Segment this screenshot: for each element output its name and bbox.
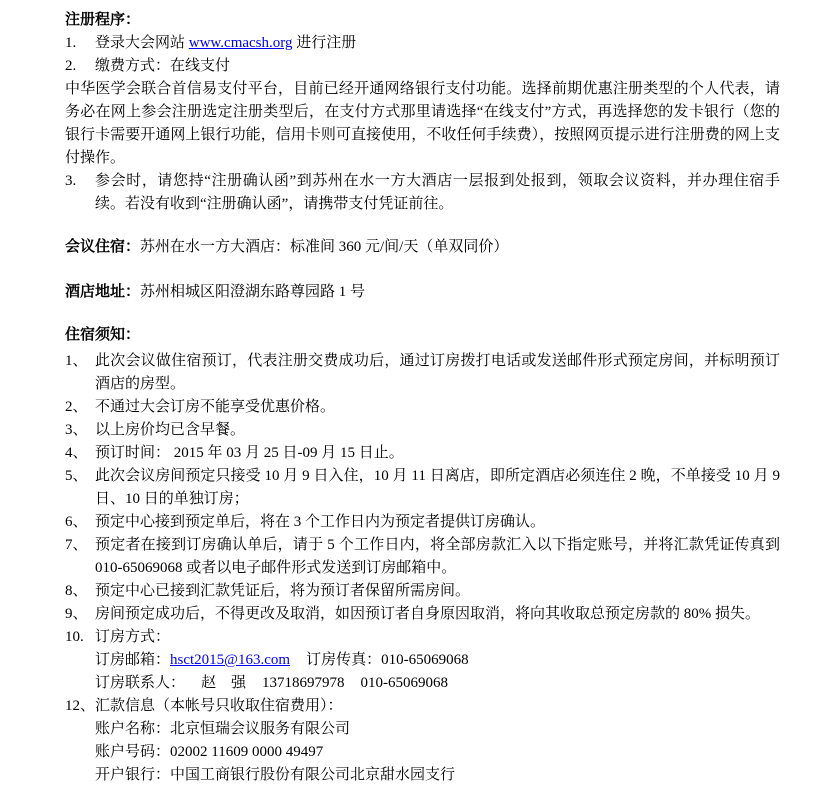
bank-label: 开户银行： — [95, 767, 170, 783]
item-number: 3. — [65, 170, 76, 193]
account-number-line: 账户号码：02002 11609 0000 49497 — [65, 741, 780, 764]
booking-fax-label: 订房传真： — [306, 652, 381, 668]
payment-paragraph: 中华医学会联合首信易支付平台，目前已经开通网络银行支付功能。选择前期优惠注册类型… — [65, 78, 780, 170]
item-number: 1. — [65, 32, 76, 55]
item-number: 3、 — [65, 419, 88, 442]
account-name-line: 账户名称：北京恒瑞会议服务有限公司 — [65, 718, 780, 741]
note-item-8: 8、 预定中心已接到汇款凭证后，将为预订者保留所需房间。 — [65, 580, 780, 603]
booking-email-line: 订房邮箱：hsct2015@163.com订房传真：010-65069068 — [65, 649, 780, 672]
item-number: 7、 — [65, 534, 88, 557]
registration-item-2: 2. 缴费方式：在线支付 — [65, 55, 780, 78]
note-item-2: 2、 不通过大会订房不能享受优惠价格。 — [65, 396, 780, 419]
hotel-address-value: 苏州相城区阳澄湖东路尊园路 1 号 — [140, 284, 365, 300]
account-name-label: 账户名称： — [95, 721, 170, 737]
accommodation-label: 会议住宿： — [65, 239, 140, 255]
bank-value: 中国工商银行股份有限公司北京甜水园支行 — [170, 767, 455, 783]
item-number: 2、 — [65, 396, 88, 419]
item-text-post: 进行注册 — [293, 35, 357, 51]
booking-fax-number: 010-65069068 — [381, 652, 469, 668]
registration-heading: 注册程序： — [65, 9, 780, 32]
note-item-9: 9、 房间预定成功后，不得更改及取消，如因预订者自身原因取消，将向其收取总预定房… — [65, 603, 780, 626]
item-number: 6、 — [65, 511, 88, 534]
booking-email-link[interactable]: hsct2015@163.com — [170, 652, 290, 668]
conference-website-link[interactable]: www.cmacsh.org — [189, 35, 293, 51]
bank-line: 开户银行：中国工商银行股份有限公司北京甜水园支行 — [65, 764, 780, 787]
item-text: 登录大会网站 www.cmacsh.org 进行注册 — [95, 35, 356, 51]
item-text: 以上房价均已含早餐。 — [95, 422, 245, 438]
item-number: 8、 — [65, 580, 88, 603]
item-text: 不通过大会订房不能享受优惠价格。 — [95, 399, 335, 415]
item-text: 房间预定成功后，不得更改及取消，如因预订者自身原因取消，将向其收取总预定房款的 … — [95, 606, 760, 622]
item-number: 9、 — [65, 603, 88, 626]
item-number: 4、 — [65, 442, 88, 465]
booking-contact-phone: 13718697978 — [262, 675, 345, 691]
item-text: 预定中心已接到汇款凭证后，将为预订者保留所需房间。 — [95, 583, 470, 599]
item-text-pre: 登录大会网站 — [95, 35, 189, 51]
booking-method-item: 10. 订房方式： — [65, 626, 780, 649]
hotel-address-line: 酒店地址：苏州相城区阳澄湖东路尊园路 1 号 — [65, 281, 780, 304]
item-text: 预订时间： 2015 年 03 月 25 日-09 月 15 日止。 — [95, 445, 404, 461]
item-number: 12、 — [65, 695, 95, 718]
booking-contact-label: 订房联系人： — [95, 675, 185, 691]
accommodation-line: 会议住宿：苏州在水一方大酒店：标准间 360 元/间/天（单双同价） — [65, 236, 780, 259]
note-item-5: 5、 此次会议房间预定只接受 10 月 9 日入住，10 月 11 日离店，即所… — [65, 465, 780, 511]
remittance-item: 12、 汇款信息（本帐号只收取住宿费用）： — [65, 695, 780, 718]
note-item-1: 1、 此次会议做住宿预订，代表注册交费成功后，通过订房拨打电话或发送邮件形式预定… — [65, 350, 780, 396]
note-item-3: 3、 以上房价均已含早餐。 — [65, 419, 780, 442]
item-text: 预定中心接到预定单后，将在 3 个工作日内为预定者提供订房确认。 — [95, 514, 545, 530]
hotel-address-label: 酒店地址： — [65, 284, 140, 300]
item-text: 缴费方式：在线支付 — [95, 58, 230, 74]
item-text: 此次会议房间预定只接受 10 月 9 日入住，10 月 11 日离店，即所定酒店… — [95, 468, 780, 507]
note-item-6: 6、 预定中心接到预定单后，将在 3 个工作日内为预定者提供订房确认。 — [65, 511, 780, 534]
account-number-value: 02002 11609 0000 49497 — [170, 744, 323, 760]
item-number: 5、 — [65, 465, 88, 488]
item-text: 此次会议做住宿预订，代表注册交费成功后，通过订房拨打电话或发送邮件形式预定房间，… — [95, 353, 780, 392]
item-text: 参会时，请您持“注册确认函”到苏州在水一方大酒店一层报到处报到，领取会议资料，并… — [95, 173, 780, 212]
notes-list: 1、 此次会议做住宿预订，代表注册交费成功后，通过订房拨打电话或发送邮件形式预定… — [65, 350, 780, 626]
account-number-label: 账户号码： — [95, 744, 170, 760]
accommodation-value: 苏州在水一方大酒店：标准间 360 元/间/天（单双同价） — [140, 239, 508, 255]
note-item-7: 7、 预定者在接到订房确认单后，请于 5 个工作日内，将全部房款汇入以下指定账号… — [65, 534, 780, 580]
booking-contact-name: 赵 强 — [201, 675, 246, 691]
registration-item-3: 3. 参会时，请您持“注册确认函”到苏州在水一方大酒店一层报到处报到，领取会议资… — [65, 170, 780, 216]
item-number: 2. — [65, 55, 76, 78]
booking-contact-phone2: 010-65069068 — [361, 675, 449, 691]
booking-email-label: 订房邮箱： — [95, 652, 170, 668]
notes-heading: 住宿须知： — [65, 324, 780, 347]
booking-contact-line: 订房联系人：赵 强13718697978010-65069068 — [65, 672, 780, 695]
item-number: 10. — [65, 626, 84, 649]
note-item-4: 4、 预订时间： 2015 年 03 月 25 日-09 月 15 日止。 — [65, 442, 780, 465]
item-text: 订房方式： — [95, 629, 170, 645]
account-name-value: 北京恒瑞会议服务有限公司 — [170, 721, 350, 737]
item-text: 预定者在接到订房确认单后，请于 5 个工作日内，将全部房款汇入以下指定账号，并将… — [95, 537, 780, 576]
item-number: 1、 — [65, 350, 88, 373]
item-text: 汇款信息（本帐号只收取住宿费用）： — [95, 698, 343, 714]
document-page: 注册程序： 1. 登录大会网站 www.cmacsh.org 进行注册 2. 缴… — [0, 0, 819, 811]
registration-item-1: 1. 登录大会网站 www.cmacsh.org 进行注册 — [65, 32, 780, 55]
